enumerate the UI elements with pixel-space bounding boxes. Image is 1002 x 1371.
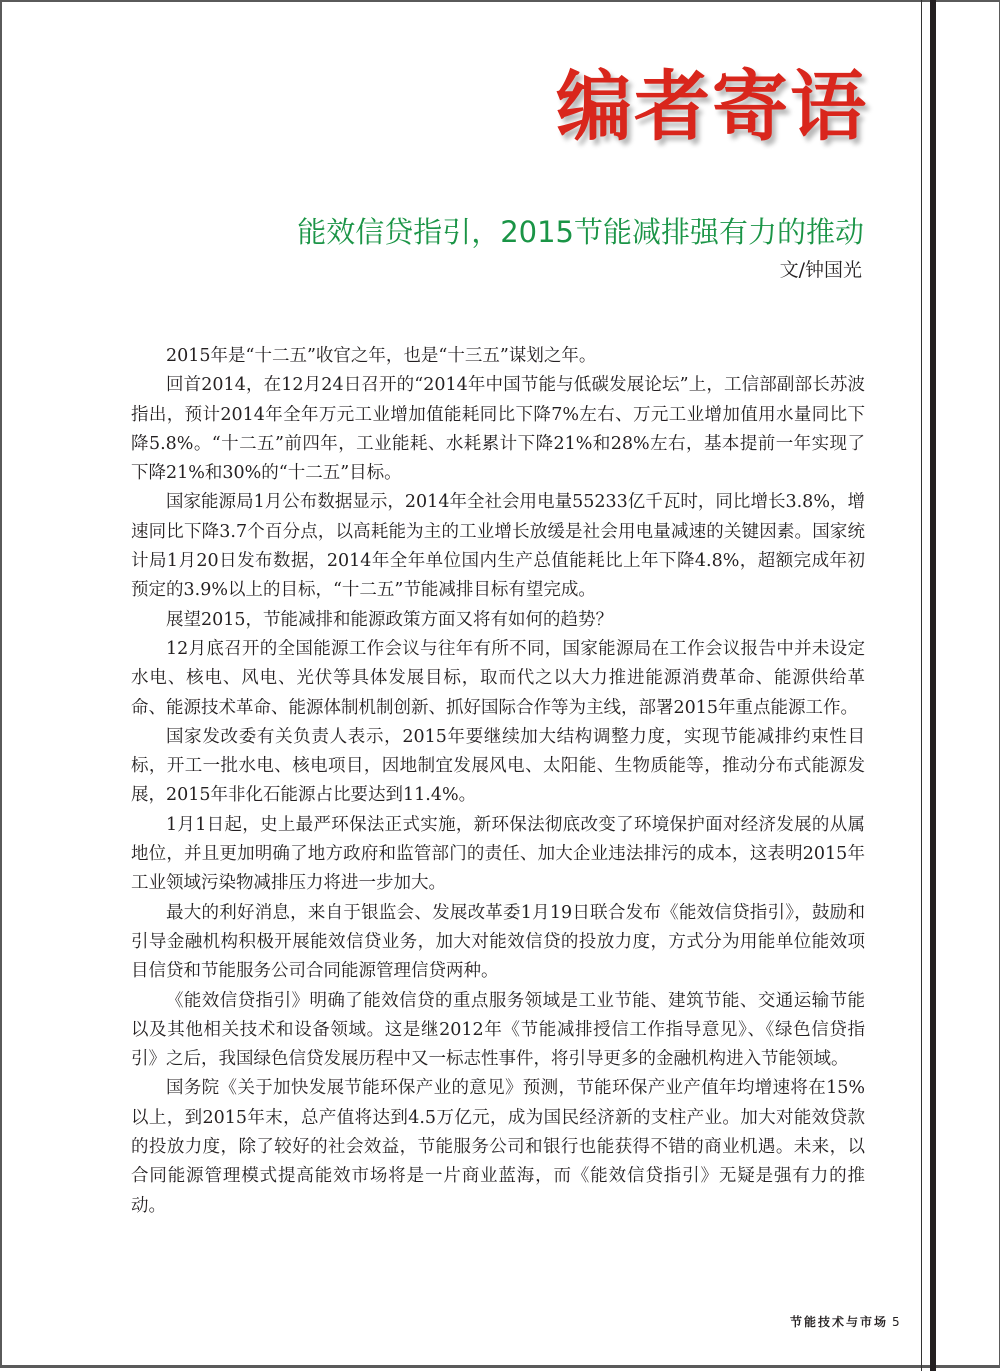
paragraph: 回首2014，在12月24日召开的“2014年中国节能与低碳发展论坛”上，工信部… xyxy=(131,371,865,488)
paragraph: 国家发改委有关负责人表示，2015年要继续加大结构调整力度，实现节能减排约束性目… xyxy=(131,723,865,811)
section-masthead: 编者寄语 xyxy=(548,62,868,152)
spine-thin-rule xyxy=(921,0,922,1371)
article-byline: 文/钟国光 xyxy=(600,257,862,283)
paragraph: 国家能源局1月公布数据显示，2014年全社会用电量55233亿千瓦时，同比增长3… xyxy=(131,488,865,605)
spine-thick-rule xyxy=(930,0,936,1371)
page-number: 5 xyxy=(892,1315,902,1329)
paragraph: 2015年是“十二五”收官之年，也是“十三五”谋划之年。 xyxy=(131,342,865,371)
paragraph: 1月1日起，史上最严环保法正式实施，新环保法彻底改变了环境保护面对经济发展的从属… xyxy=(131,811,865,899)
article-body: 2015年是“十二五”收官之年，也是“十三五”谋划之年。 回首2014，在12月… xyxy=(131,342,865,1221)
paragraph: 最大的利好消息，来自于银监会、发展改革委1月19日联合发布《能效信贷指引》，鼓励… xyxy=(131,899,865,987)
page-footer: 节能技术与市场5 xyxy=(790,1313,930,1330)
publication-name: 节能技术与市场 xyxy=(790,1315,888,1329)
paragraph: 12月底召开的全国能源工作会议与往年有所不同，国家能源局在工作会议报告中并未设定… xyxy=(131,635,865,723)
article-title: 能效信贷指引，2015节能减排强有力的推动 xyxy=(200,212,864,252)
paragraph: 国务院《关于加快发展节能环保产业的意见》预测，节能环保产业产值年均增速将在15%… xyxy=(131,1074,865,1220)
paragraph: 展望2015，节能减排和能源政策方面又将有如何的趋势？ xyxy=(131,606,865,635)
paragraph: 《能效信贷指引》明确了能效信贷的重点服务领域是工业节能、建筑节能、交通运输节能以… xyxy=(131,987,865,1075)
